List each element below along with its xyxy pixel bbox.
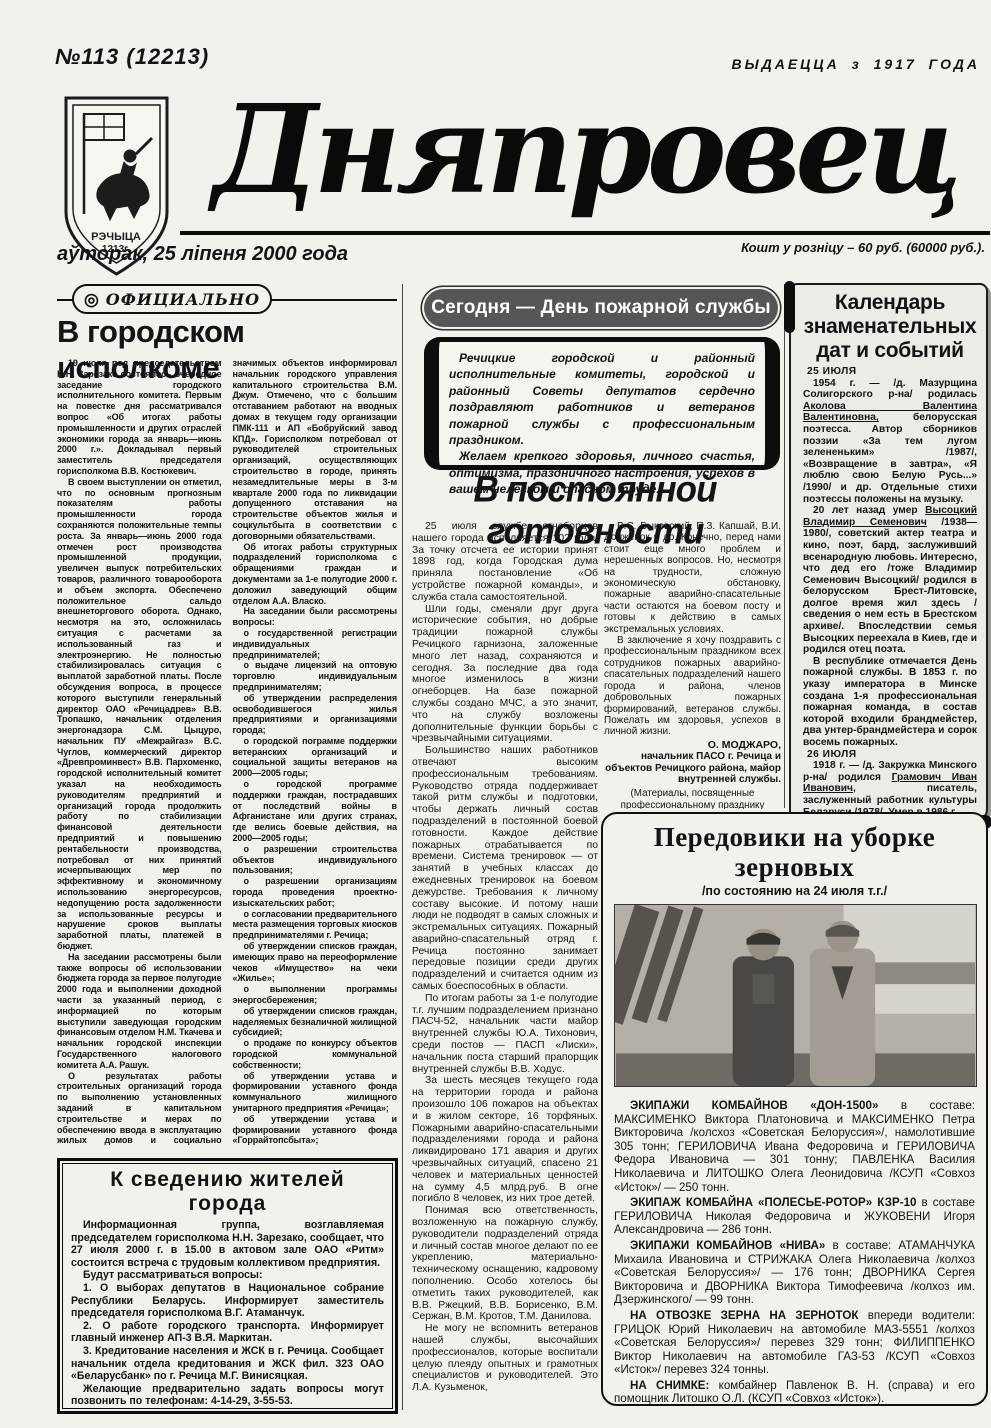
paragraph: Желающие предварительно задать вопросы м… bbox=[71, 1383, 384, 1408]
paragraph: об утверждении распределения освободивше… bbox=[233, 693, 398, 736]
paragraph: 1. О выборах депутатов в Национальное со… bbox=[71, 1282, 384, 1320]
paragraph: Не могу не вспомнить ветеранов нашей слу… bbox=[412, 1323, 598, 1394]
paragraph: об утверждении устава и формировании уст… bbox=[233, 1114, 398, 1146]
paragraph: ЭКИПАЖ КОМБАЙНА «ПОЛЕСЬЕ-РОТОР» КЗР-10 в… bbox=[614, 1196, 975, 1237]
readiness-column-right: В.С. Быковский, П.З. Капшай, В.И. Должен… bbox=[604, 521, 781, 809]
paragraph: о выполнении программы энергосбережения; bbox=[233, 984, 398, 1006]
paragraph: За шесть месяцев текущего года на террит… bbox=[412, 1075, 598, 1205]
paragraph: В заключение я хочу поздравить с професс… bbox=[604, 635, 781, 738]
bullseye-icon: ◎ bbox=[84, 291, 99, 308]
official-badge: ◎ ОФИЦИАЛЬНО bbox=[72, 284, 272, 314]
calendar-entry: В республике отмечается День пожарной сл… bbox=[803, 656, 977, 749]
calendar-date-heading: 25 ИЮЛЯ bbox=[803, 366, 977, 378]
paragraph: начальник ПАСО г. Речица и объектов Речи… bbox=[604, 751, 781, 785]
paragraph: о разрешении строительства объектов инди… bbox=[233, 844, 398, 876]
masthead-rule bbox=[180, 231, 990, 235]
official-article-body: 19 июля под председательством Н.Н. Зарез… bbox=[57, 358, 397, 1148]
readiness-column-left: 25 июля службе огнеборцев нашего города … bbox=[412, 521, 598, 1419]
paragraph: О. МОДЖАРО, bbox=[604, 740, 781, 751]
notice-box-inner: К сведению жителей города Информационная… bbox=[62, 1163, 393, 1409]
paragraph: Информационная группа, возглавляемая пре… bbox=[71, 1219, 384, 1269]
harvest-subtitle: /по состоянию на 24 июля т.г./ bbox=[614, 884, 975, 898]
paragraph: НА СНИМКЕ: комбайнер Павленок В. Н. (спр… bbox=[614, 1379, 975, 1406]
paragraph: о выдаче лицензий на оптовую торговлю ин… bbox=[233, 660, 398, 692]
paragraph: 3. Кредитование населения и ЖСК в г. Реч… bbox=[71, 1345, 384, 1383]
paragraph: В.С. Быковский, П.З. Капшай, В.И. Должен… bbox=[604, 521, 781, 635]
notice-title: К сведению жителей города bbox=[71, 1168, 384, 1216]
paragraph: Понимая всю ответственность, возложенную… bbox=[412, 1205, 598, 1323]
calendar-entry: 20 лет назад умер Высоцкий Владимир Семе… bbox=[803, 505, 977, 656]
paragraph: Большинство наших работников отвечают вы… bbox=[412, 745, 598, 993]
calendar-entry-text: /1938—1980/, советский актер театра и ки… bbox=[803, 517, 977, 656]
column-divider-right bbox=[784, 284, 785, 808]
calendar-entry-text: белорусская поэтесса. Автор сборников по… bbox=[803, 412, 977, 504]
notice-body: Информационная группа, возглавляемая пре… bbox=[71, 1219, 384, 1408]
paragraph: По итогам работы за 1-е полугодие т.г. л… bbox=[412, 993, 598, 1076]
paragraph: Шли годы, сменяли друг друга исторически… bbox=[412, 604, 598, 746]
emblem-city-name: РЭЧЫЦА bbox=[91, 231, 141, 243]
published-since: ВЫДАЕЦЦА з 1917 ГОДА bbox=[620, 56, 980, 72]
paragraph: (Материалы, посвященные профессиональном… bbox=[604, 788, 781, 809]
paragraph: об утверждении устава и формировании уст… bbox=[233, 1071, 398, 1114]
paragraph: Об итогах работы структурных подразделен… bbox=[233, 542, 398, 607]
paragraph: НА ОТВОЗКЕ ЗЕРНА НА ЗЕРНОТОК впереди вод… bbox=[614, 1309, 975, 1377]
paragraph: Речицкие городской и районный исполнител… bbox=[449, 350, 755, 448]
paragraph: 2. О работе городского транспорта. Инфор… bbox=[71, 1320, 384, 1345]
calendar-title: Календарь знаменательных дат и событий bbox=[803, 291, 977, 363]
paragraph: о разрешении организациям города проведе… bbox=[233, 876, 398, 908]
paragraph: о продаже по конкурсу объектов городской… bbox=[233, 1038, 398, 1070]
calendar-entry-text: 20 лет назад умер bbox=[813, 505, 925, 516]
calendar-scroll: Календарь знаменательных дат и событий 2… bbox=[789, 283, 988, 823]
calendar-date-heading: 26 ИЮЛЯ bbox=[803, 749, 977, 761]
paragraph: На заседании рассмотрены были также вопр… bbox=[57, 952, 222, 1071]
calendar-entry-text: 1954 г. — /д. Мазурщина Солигорского р-н… bbox=[803, 378, 977, 401]
calendar-entry: 1954 г. — /д. Мазурщина Солигорского р-н… bbox=[803, 378, 977, 506]
fire-day-banner: Сегодня — День пожарной службы bbox=[424, 289, 778, 327]
paragraph: о согласовании предварительного места ра… bbox=[233, 909, 398, 941]
greeting-box: Речицкие городской и районный исполнител… bbox=[424, 337, 780, 470]
harvest-leaders-box: Передовики на уборке зерновых /по состоя… bbox=[601, 812, 988, 1406]
paragraph: 19 июля под председательством Н.Н. Зарез… bbox=[57, 358, 222, 477]
column-divider-left bbox=[402, 284, 403, 1410]
newspaper-front-page: №113 (12213) ВЫДАЕЦЦА з 1917 ГОДА РЭЧЫЦА… bbox=[0, 0, 991, 1428]
paragraph: Будут рассматриваться вопросы: bbox=[71, 1269, 384, 1282]
paragraph: В своем выступлении он отметил, что по о… bbox=[57, 477, 222, 952]
calendar-entry: 1918 г. — /д. Закружка Минского р-на/ ро… bbox=[803, 760, 977, 818]
paragraph: об утверждении списков граждан, имеющих … bbox=[233, 941, 398, 984]
paragraph: о городской программе поддержки граждан,… bbox=[233, 779, 398, 844]
paragraph: 25 июля службе огнеборцев нашего города … bbox=[412, 521, 598, 604]
photo-combine-operators bbox=[614, 904, 977, 1087]
issue-number: №113 (12213) bbox=[55, 44, 209, 70]
notice-box: К сведению жителей города Информационная… bbox=[57, 1158, 398, 1414]
harvest-body: ЭКИПАЖИ КОМБАЙНОВ «ДОН-1500» в составе: … bbox=[614, 1099, 975, 1406]
retail-price: Кошт у розніцу – 60 руб. (60000 руб.). bbox=[640, 240, 985, 255]
official-badge-label: ОФИЦИАЛЬНО bbox=[106, 290, 260, 309]
masthead-title: Дняпровец bbox=[193, 74, 977, 234]
paragraph: ЭКИПАЖИ КОМБАЙНОВ «НИВА» в составе: АТАМ… bbox=[614, 1239, 975, 1307]
paragraph: ЭКИПАЖИ КОМБАЙНОВ «ДОН-1500» в составе: … bbox=[614, 1099, 975, 1194]
issue-date: аўторак, 25 ліпеня 2000 года bbox=[57, 243, 348, 266]
paragraph: о государственной регистрации индивидуал… bbox=[233, 628, 398, 660]
paragraph: На заседании были рассмотрены вопросы: bbox=[233, 606, 398, 628]
paragraph: о городской пограмме поддержки ветеранск… bbox=[233, 736, 398, 779]
harvest-title: Передовики на уборке зерновых bbox=[614, 822, 975, 882]
paragraph: об утверждении списков граждан, наделяем… bbox=[233, 1006, 398, 1038]
